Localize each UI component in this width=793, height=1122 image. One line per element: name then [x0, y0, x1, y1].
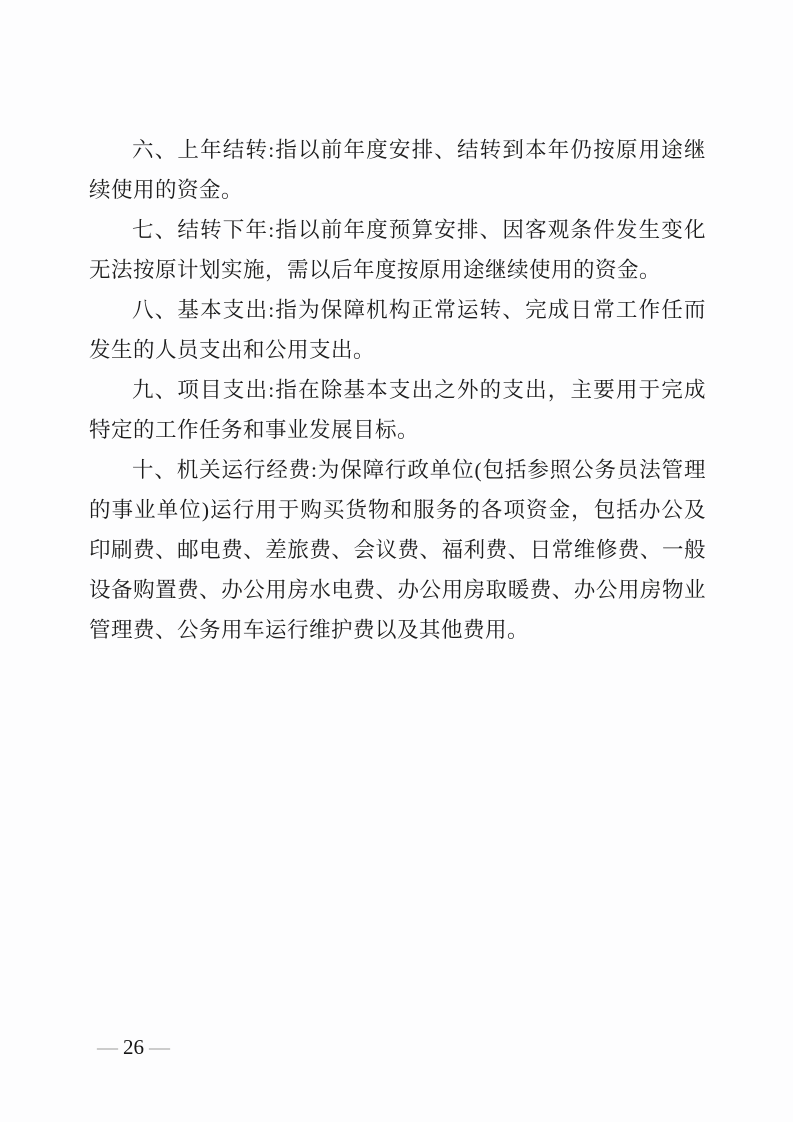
paragraph-definition-6: 六、上年结转:指以前年度安排、结转到本年仍按原用途继续使用的资金。 — [89, 130, 706, 210]
page-number: —26— — [94, 1033, 173, 1061]
document-page: 六、上年结转:指以前年度安排、结转到本年仍按原用途继续使用的资金。 七、结转下年… — [0, 0, 793, 1122]
paragraph-definition-9: 九、项目支出:指在除基本支出之外的支出，主要用于完成特定的工作任务和事业发展目标… — [89, 370, 706, 450]
page-number-value: 26 — [121, 1035, 146, 1059]
paragraph-definition-8: 八、基本支出:指为保障机构正常运转、完成日常工作任而发生的人员支出和公用支出。 — [89, 290, 706, 370]
page-number-dash-right: — — [146, 1035, 173, 1059]
document-body: 六、上年结转:指以前年度安排、结转到本年仍按原用途继续使用的资金。 七、结转下年… — [89, 130, 706, 650]
page-number-dash-left: — — [94, 1035, 121, 1059]
paragraph-definition-10: 十、机关运行经费:为保障行政单位(包括参照公务员法管理的事业单位)运行用于购买货… — [89, 450, 706, 650]
paragraph-definition-7: 七、结转下年:指以前年度预算安排、因客观条件发生变化无法按原计划实施，需以后年度… — [89, 210, 706, 290]
